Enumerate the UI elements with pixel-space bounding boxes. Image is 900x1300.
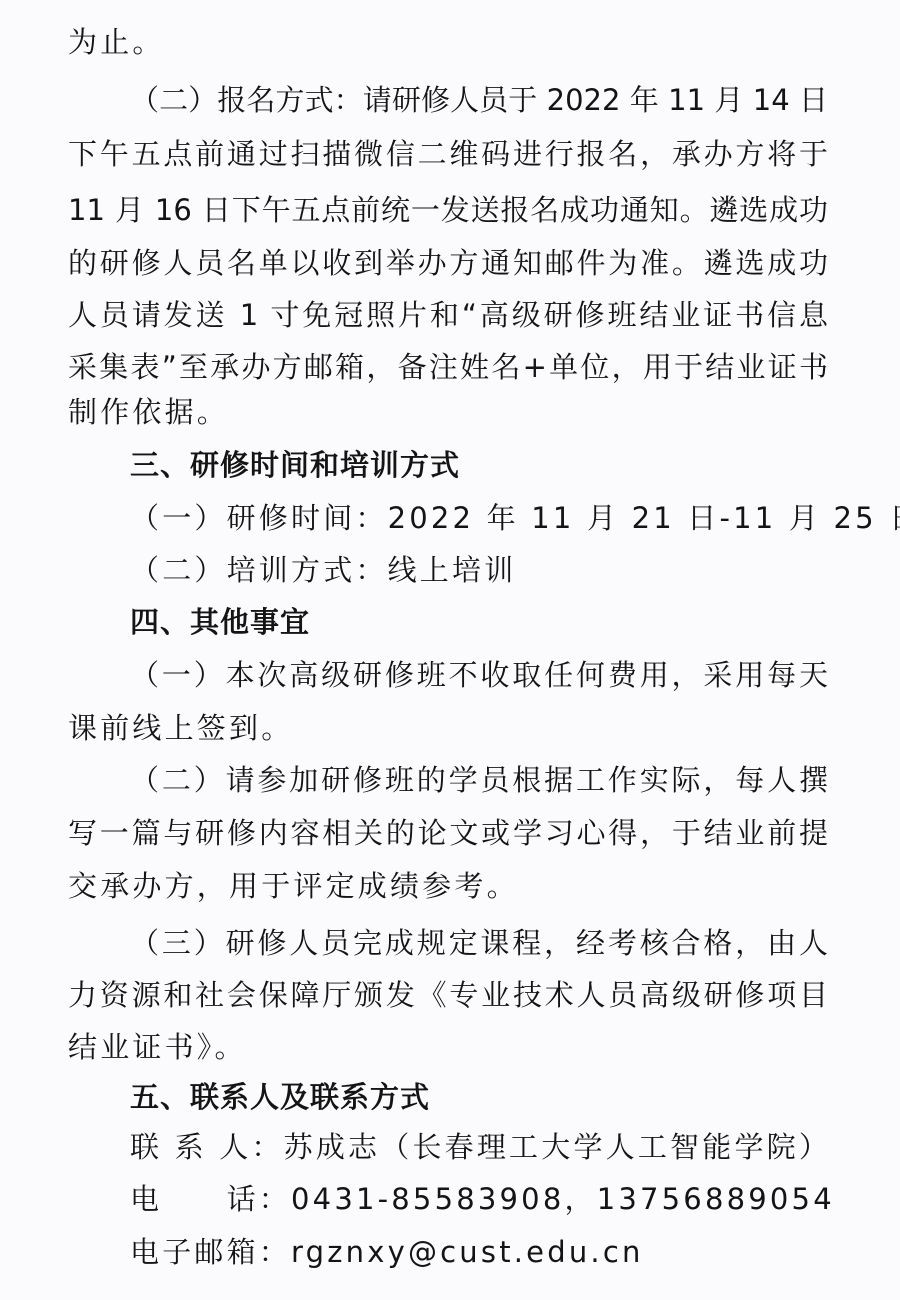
paragraph-line: 交承办方，用于评定成绩参考。 <box>68 866 519 906</box>
email-label: 电子邮箱： <box>130 1235 291 1269</box>
contact-person-label: 联 系 人： <box>130 1130 284 1164</box>
email-row: 电子邮箱：rgznxy@cust.edu.cn <box>130 1232 644 1272</box>
paragraph-line: 力资源和社会保障厅颁发《专业技术人员高级研修项目 <box>68 975 828 1015</box>
document-page: 为止。 （二）报名方式：请研修人员于 2022 年 11 月 14 日 下午五点… <box>0 0 900 1300</box>
registration-method-line: （二）报名方式：请研修人员于 2022 年 11 月 14 日 <box>130 80 828 120</box>
paragraph-line: 的研修人员名单以收到举办方通知邮件为准。遴选成功 <box>68 243 828 283</box>
paragraph-line: 人员请发送 1 寸免冠照片和“高级研修班结业证书信息 <box>68 295 828 335</box>
training-mode-line: （二）培训方式：线上培训 <box>130 550 516 590</box>
email-value[interactable]: rgznxy@cust.edu.cn <box>291 1235 644 1269</box>
paragraph-line: 课前线上签到。 <box>68 708 293 748</box>
contact-person-row: 联 系 人：苏成志（长春理工大学人工智能学院） <box>130 1127 831 1167</box>
paper-requirement-line: （二）请参加研修班的学员根据工作实际，每人撰 <box>130 760 828 800</box>
paragraph-line: 制作依据。 <box>68 392 229 432</box>
paragraph-line: 写一篇与研修内容相关的论文或学习心得，于结业前提 <box>68 813 828 853</box>
certificate-line: （三）研修人员完成规定课程，经考核合格，由人 <box>130 923 828 963</box>
study-time-line: （一）研修时间：2022 年 11 月 21 日-11 月 25 日 <box>130 498 900 538</box>
section-heading-3: 三、研修时间和培训方式 <box>130 445 460 485</box>
section-heading-4: 四、其他事宜 <box>130 602 310 642</box>
phone-row: 电 话：0431-85583908，13756889054 <box>130 1179 835 1219</box>
paragraph-line: 下午五点前通过扫描微信二维码进行报名，承办方将于 <box>68 134 828 174</box>
paragraph-line: 采集表”至承办方邮箱，备注姓名+单位，用于结业证书 <box>68 347 828 387</box>
phone-label: 电 话： <box>130 1182 291 1216</box>
contact-person-value: 苏成志（长春理工大学人工智能学院） <box>284 1130 831 1164</box>
section-heading-5: 五、联系人及联系方式 <box>130 1077 430 1117</box>
paragraph-line: 为止。 <box>68 22 165 62</box>
fee-line: （一）本次高级研修班不收取任何费用，采用每天 <box>130 655 828 695</box>
paragraph-line: 结业证书》。 <box>68 1027 247 1067</box>
phone-value: 0431-85583908，13756889054 <box>291 1182 835 1216</box>
paragraph-line: 11 月 16 日下午五点前统一发送报名成功通知。遴选成功 <box>68 190 828 230</box>
